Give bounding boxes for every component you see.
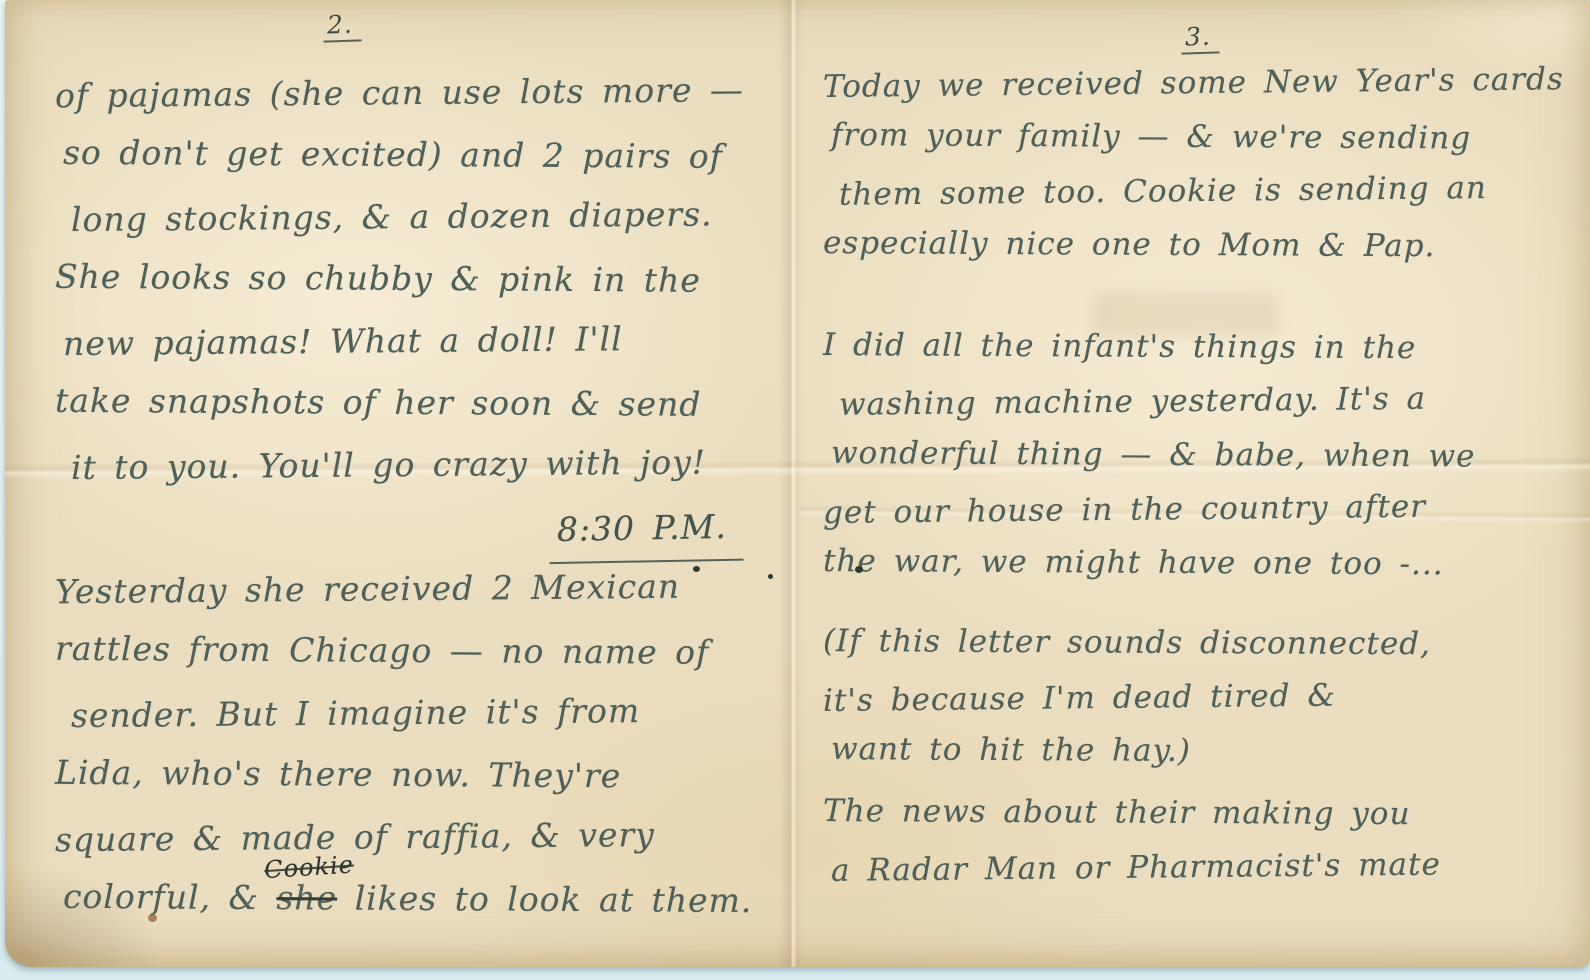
handwritten-line: I did all the infant's things in the bbox=[823, 320, 1580, 378]
handwritten-line: rattles from Chicago — no name of bbox=[55, 620, 787, 686]
handwritten-line: sender. But I imagine it's from bbox=[55, 681, 788, 749]
handwritten-line: wonderful thing — & babe, when we bbox=[823, 428, 1580, 486]
handwritten-line: especially nice one to Mom & Pap. bbox=[823, 218, 1580, 276]
handwritten-line: it's because I'm dead tired & bbox=[823, 668, 1581, 730]
inserted-word: Cookie bbox=[263, 836, 356, 900]
handwritten-line: from your family — & we're sending bbox=[823, 110, 1580, 168]
letter-page-2: 2. of pajamas (she can use lots more —so… bbox=[5, 0, 793, 980]
handwritten-line: a Radar Man or Pharmacist's mate bbox=[823, 838, 1581, 900]
page-3-handwriting: Today we received some New Year's cardsf… bbox=[823, 58, 1580, 896]
handwritten-line-with-correction: colorful, & Cookieshe likes to look at t… bbox=[55, 868, 787, 934]
handwritten-line: them some too. Cookie is sending an bbox=[823, 162, 1581, 224]
handwritten-line: She looks so chubby & pink in the bbox=[55, 248, 787, 314]
text-after-correction: likes to look at them. bbox=[337, 878, 752, 920]
handwritten-line: of pajamas (she can use lots more — bbox=[55, 61, 788, 129]
handwritten-line: want to hit the hay.) bbox=[823, 724, 1580, 782]
text-before-correction: colorful, & bbox=[63, 877, 277, 917]
handwritten-line: square & made of raffia, & very bbox=[55, 805, 788, 873]
handwritten-line: get our house in the country after bbox=[823, 480, 1581, 542]
handwritten-line: Yesterday she received 2 Mexican bbox=[55, 557, 788, 625]
handwritten-line: (If this letter sounds disconnected, bbox=[823, 616, 1580, 674]
handwritten-line: so don't get excited) and 2 pairs of bbox=[55, 124, 787, 190]
paragraph-gap bbox=[823, 274, 1580, 322]
handwritten-line: Lida, who's there now. They're bbox=[55, 744, 787, 810]
handwritten-line: Today we received some New Year's cards bbox=[823, 54, 1581, 116]
letter-scan: 2. of pajamas (she can use lots more —so… bbox=[0, 0, 1590, 980]
time-heading-text: 8:30 P.M. bbox=[549, 498, 744, 565]
page-number: 3. bbox=[1180, 21, 1219, 54]
ink-spot bbox=[855, 566, 863, 573]
handwritten-line: washing machine yesterday. It's a bbox=[823, 372, 1581, 434]
page-number: 2. bbox=[322, 9, 361, 42]
page-2-handwriting: of pajamas (she can use lots more —so do… bbox=[55, 64, 787, 932]
handwritten-line: it to you. You'll go crazy with joy! bbox=[55, 433, 788, 501]
handwritten-line: the war, we might have one too -... bbox=[823, 536, 1580, 594]
handwritten-line: take snapshots of her soon & send bbox=[55, 372, 787, 438]
handwritten-line: long stockings, & a dozen diapers. bbox=[55, 185, 788, 253]
handwritten-line: The news about their making you bbox=[823, 786, 1580, 844]
handwritten-line: new pajamas! What a doll! I'll bbox=[55, 309, 788, 377]
letter-page-3: 3. Today we received some New Year's car… bbox=[793, 0, 1590, 980]
word-correction: Cookieshe bbox=[276, 869, 337, 927]
paragraph-gap bbox=[823, 592, 1580, 618]
ink-spot bbox=[693, 566, 700, 572]
foxing-stain-spot bbox=[148, 914, 157, 922]
time-heading: 8:30 P.M. bbox=[55, 496, 787, 562]
ink-spot bbox=[768, 574, 773, 579]
